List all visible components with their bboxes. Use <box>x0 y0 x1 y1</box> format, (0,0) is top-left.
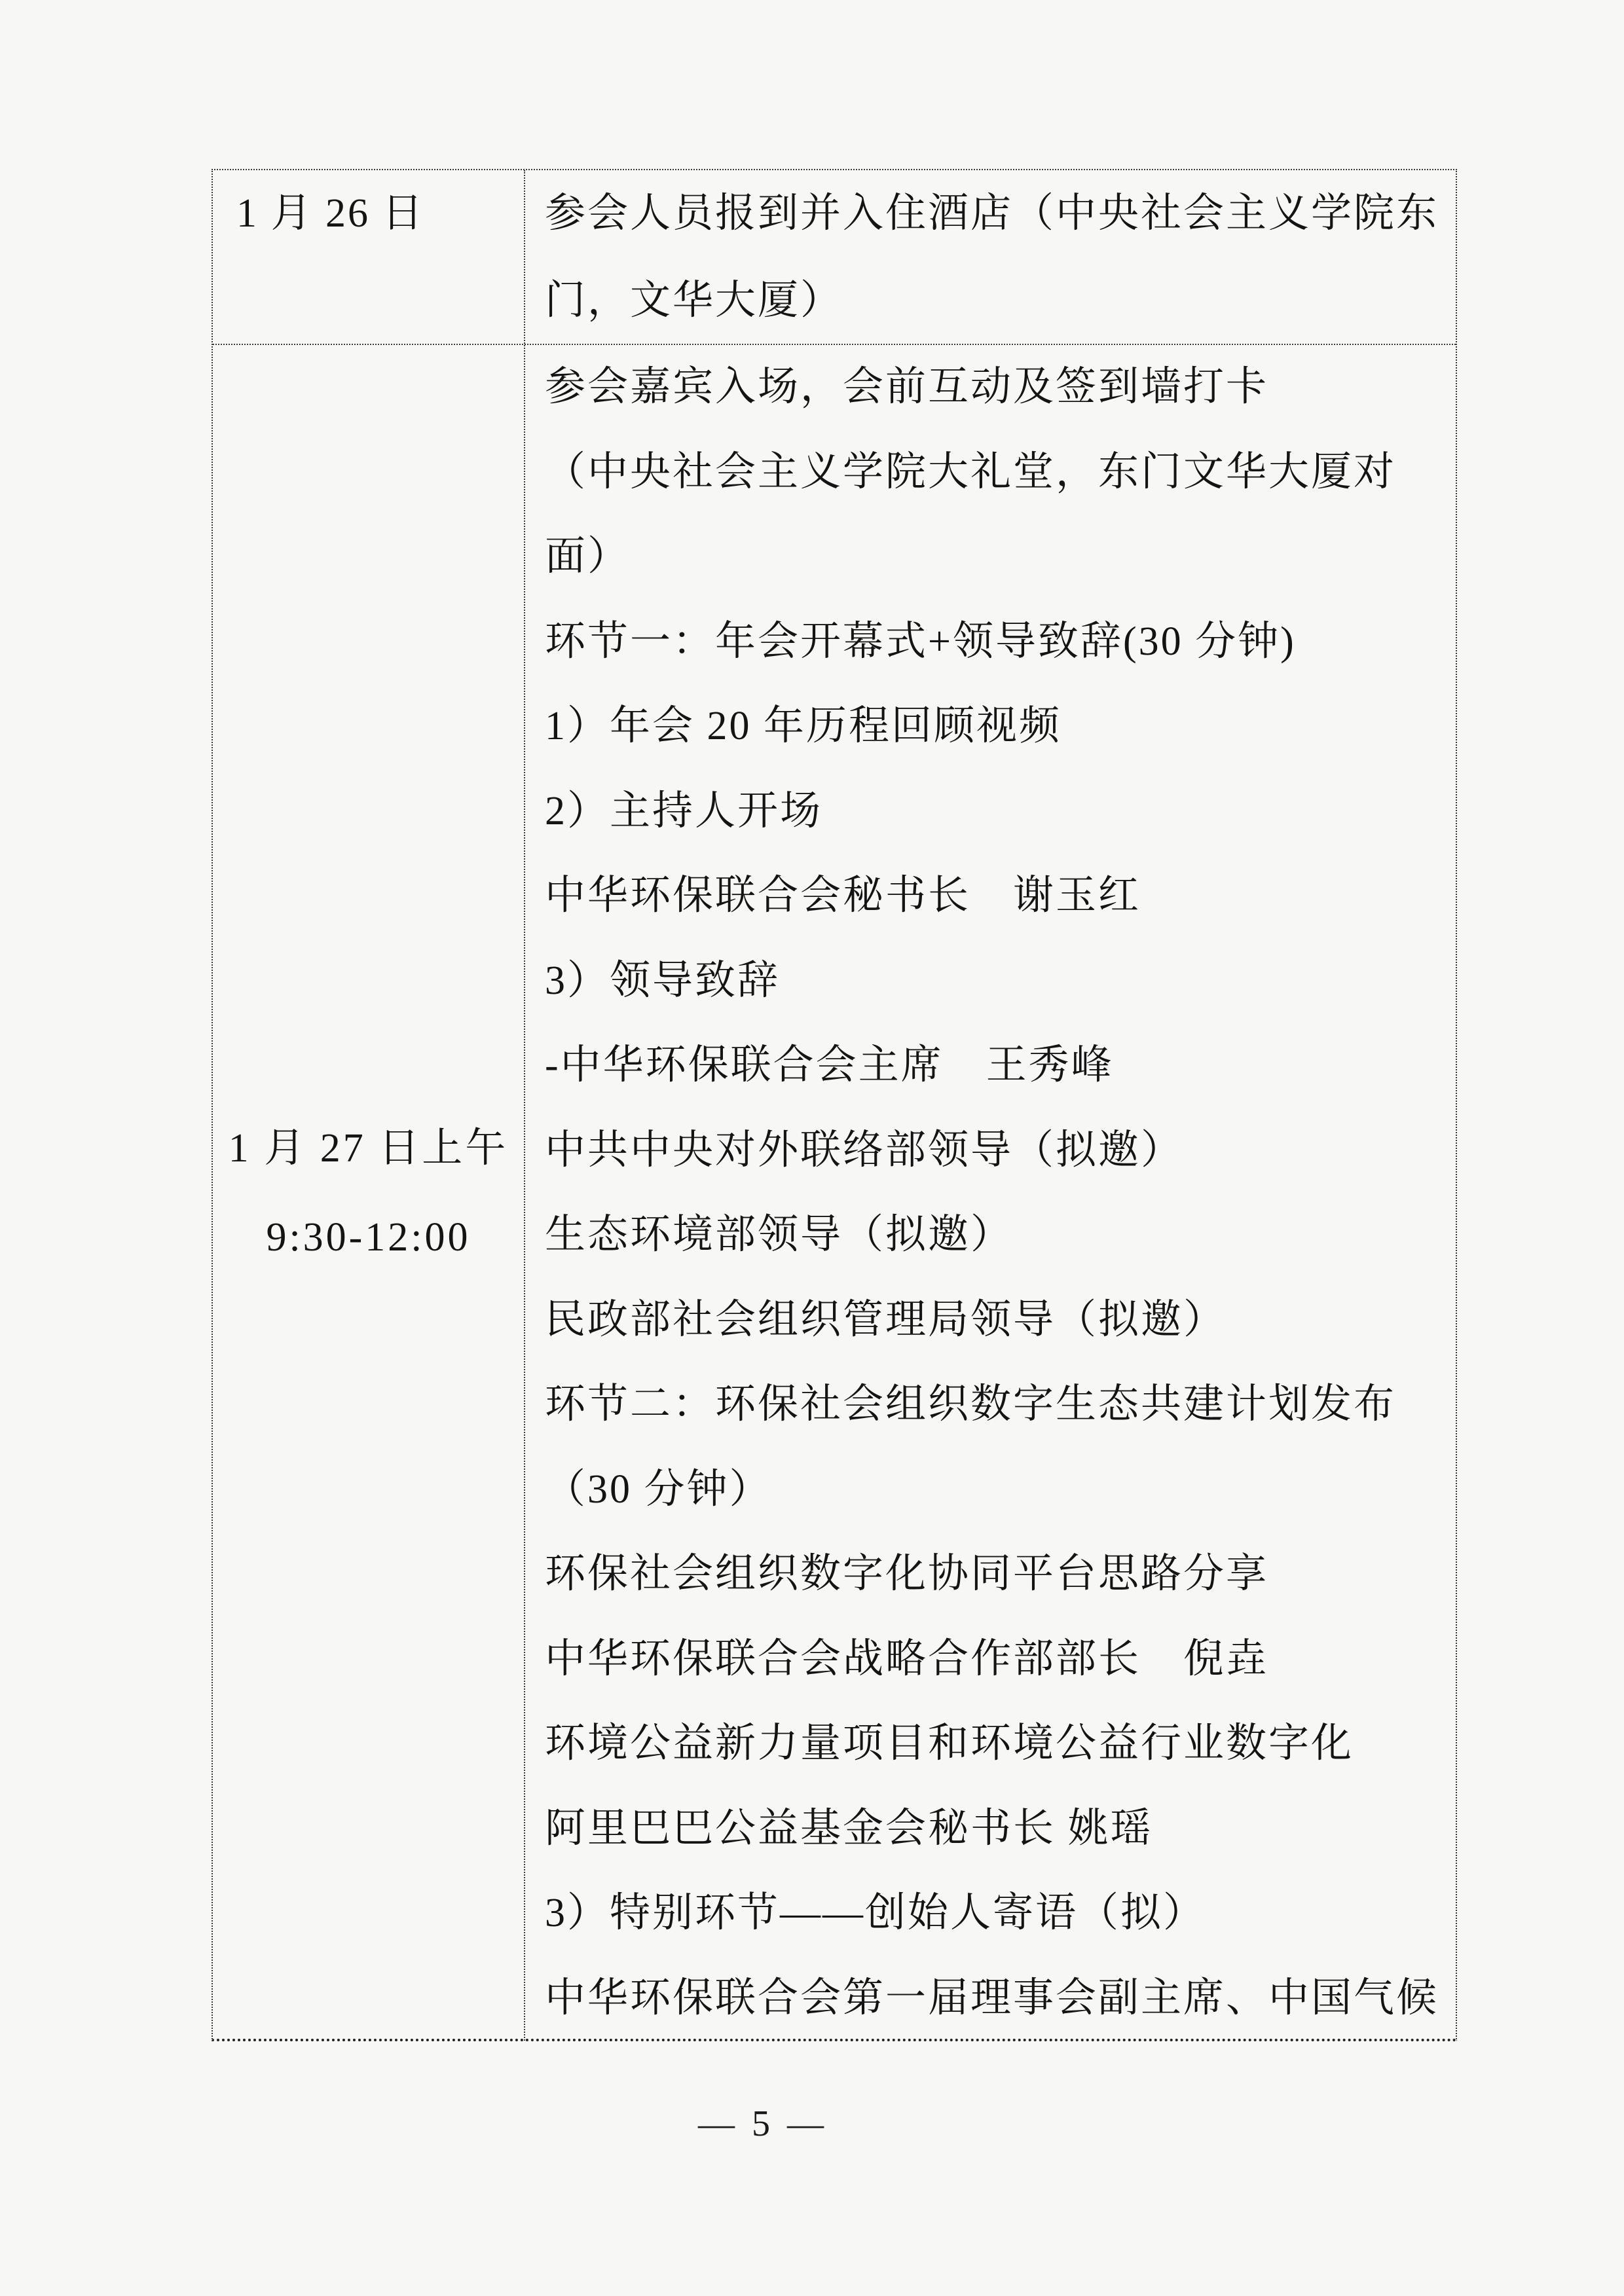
page-number: — 5 — <box>665 2103 861 2145</box>
table-row-jan26: 1 月 26 日 参会人员报到并入住酒店（中央社会主义学院东 门，文华大厦） <box>213 170 1456 345</box>
detail-cell-jan27: 参会嘉宾入场，会前互动及签到墙打卡 （中央社会主义学院大礼堂，东门文华大厦对 面… <box>525 345 1456 2041</box>
date-label: 1 月 26 日 <box>236 170 524 257</box>
agenda-text-line: -中华环保联合会主席 王秀峰 <box>545 1023 1449 1108</box>
agenda-text-line: （30 分钟） <box>545 1448 1449 1533</box>
date-label: 1 月 27 日上午 <box>229 1104 509 1193</box>
scanned-document-page: 1 月 26 日 参会人员报到并入住酒店（中央社会主义学院东 门，文华大厦） 1… <box>0 0 1624 2296</box>
table-row-jan27-morning: 1 月 27 日上午 9:30-12:00 参会嘉宾入场，会前互动及签到墙打卡 … <box>213 345 1456 2041</box>
agenda-text-line: 1）年会 20 年历程回顾视频 <box>545 684 1449 769</box>
agenda-text-line: 环保社会组织数字化协同平台思路分享 <box>545 1532 1449 1617</box>
agenda-text-line: 中华环保联合会秘书长 谢玉红 <box>545 854 1449 939</box>
agenda-text-line: 门，文华大厦） <box>545 257 1449 344</box>
agenda-text-line: 生态环境部领导（拟邀） <box>545 1193 1449 1278</box>
agenda-text-line: 环节一：年会开幕式+领导致辞(30 分钟) <box>545 600 1449 685</box>
agenda-text-line: 环节二：环保社会组织数字生态共建计划发布 <box>545 1362 1449 1448</box>
detail-cell-jan26: 参会人员报到并入住酒店（中央社会主义学院东 门，文华大厦） <box>525 170 1456 344</box>
agenda-text-line: 中共中央对外联络部领导（拟邀） <box>545 1108 1449 1194</box>
agenda-text-line: 3）特别环节——创始人寄语（拟） <box>545 1871 1449 1956</box>
time-range-label: 9:30-12:00 <box>266 1193 470 1282</box>
agenda-text-line: 中华环保联合会战略合作部部长 倪垚 <box>545 1617 1449 1702</box>
agenda-text-line: 参会嘉宾入场，会前互动及签到墙打卡 <box>545 345 1449 430</box>
agenda-text-line: 面） <box>545 515 1449 600</box>
agenda-text-line: 2）主持人开场 <box>545 769 1449 854</box>
agenda-text-line: 民政部社会组织管理局领导（拟邀） <box>545 1278 1449 1363</box>
agenda-text-line: 参会人员报到并入住酒店（中央社会主义学院东 <box>545 170 1449 257</box>
agenda-text-line: （中央社会主义学院大礼堂，东门文华大厦对 <box>545 430 1449 515</box>
agenda-text-line: 3）领导致辞 <box>545 939 1449 1024</box>
agenda-text-line: 中华环保联合会第一届理事会副主席、中国气候 <box>545 1956 1449 2041</box>
agenda-text-line: 阿里巴巴公益基金会秘书长 姚瑶 <box>545 1787 1449 1872</box>
agenda-table: 1 月 26 日 参会人员报到并入住酒店（中央社会主义学院东 门，文华大厦） 1… <box>212 169 1457 2041</box>
date-cell-jan27: 1 月 27 日上午 9:30-12:00 <box>213 345 525 2041</box>
date-cell-jan26: 1 月 26 日 <box>213 170 525 344</box>
agenda-text-line: 环境公益新力量项目和环境公益行业数字化 <box>545 1702 1449 1787</box>
